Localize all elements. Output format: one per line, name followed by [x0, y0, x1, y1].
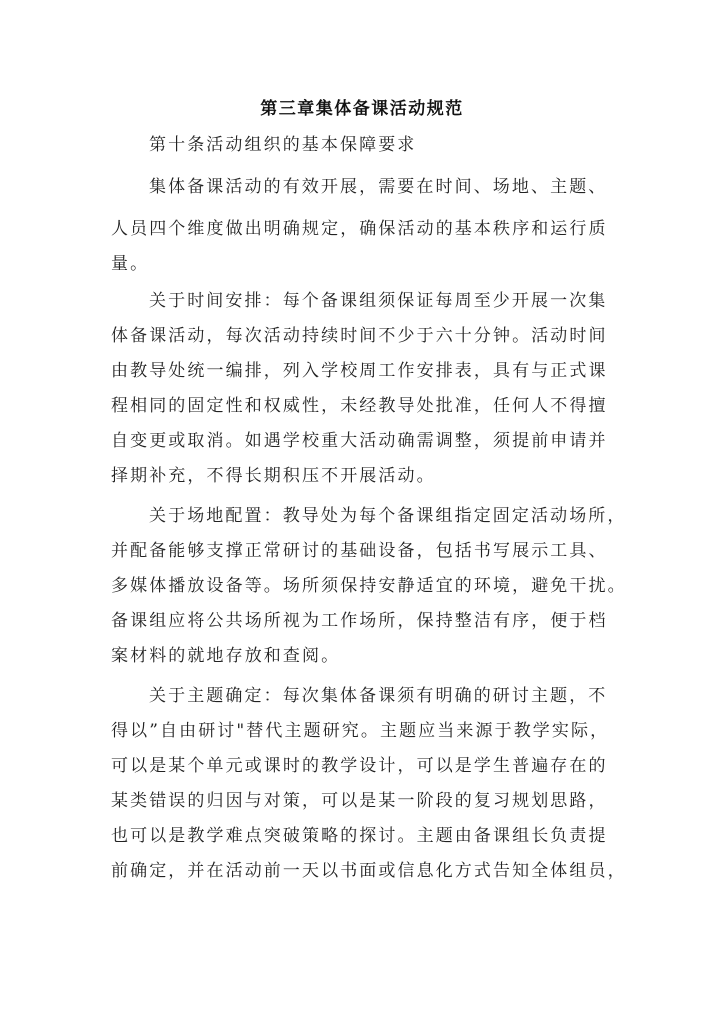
document-page: 第三章集体备课活动规范 第十条活动组织的基本保障要求 集体备课活动的有效开展，需… — [0, 0, 724, 1024]
paragraph-line: 择期补充，不得长期积压不开展活动。 — [111, 465, 621, 487]
paragraph-line: 得以”自由研讨"替代主题研究。主题应当来源于教学实际， — [111, 720, 621, 742]
article-heading: 第十条活动组织的基本保障要求 — [149, 134, 659, 156]
paragraph-line: 关于时间安排：每个备课组须保证每周至少开展一次集 — [149, 290, 659, 312]
paragraph-line: 体备课活动，每次活动持续时间不少于六十分钟。活动时间 — [111, 325, 621, 347]
paragraph-line: 自变更或取消。如遇学校重大活动确需调整，须提前申请并 — [111, 430, 621, 452]
chapter-title: 第三章集体备课活动规范 — [0, 94, 724, 119]
paragraph-line: 人员四个维度做出明确规定，确保活动的基本秩序和运行质 — [111, 218, 621, 240]
paragraph-line: 备课组应将公共场所视为工作场所，保持整洁有序，便于档 — [111, 610, 621, 632]
paragraph-line: 也可以是教学难点突破策略的探讨。主题由备课组长负责提 — [111, 825, 621, 847]
paragraph-line: 集体备课活动的有效开展，需要在时间、场地、主题、 — [149, 176, 659, 198]
paragraph-line: 量。 — [111, 253, 621, 275]
paragraph-line: 关于场地配置：教导处为每个备课组指定固定活动场所， — [149, 505, 659, 527]
paragraph-line: 并配备能够支撑正常研讨的基础设备，包括书写展示工具、 — [111, 540, 621, 562]
paragraph-line: 由教导处统一编排，列入学校周工作安排表，具有与正式课 — [111, 360, 621, 382]
paragraph-line: 案材料的就地存放和查阅。 — [111, 645, 621, 667]
paragraph-line: 前确定，并在活动前一天以书面或信息化方式告知全体组员， — [111, 860, 621, 882]
paragraph-line: 关于主题确定：每次集体备课须有明确的研讨主题，不 — [149, 685, 659, 707]
paragraph-line: 程相同的固定性和权威性，未经教导处批准，任何人不得擅 — [111, 395, 621, 417]
paragraph-line: 多媒体播放设备等。场所须保持安静适宜的环境，避免干扰。 — [111, 575, 621, 597]
paragraph-line: 某类错误的归因与对策，可以是某一阶段的复习规划思路， — [111, 790, 621, 812]
paragraph-line: 可以是某个单元或课时的教学设计，可以是学生普遍存在的 — [111, 755, 621, 777]
